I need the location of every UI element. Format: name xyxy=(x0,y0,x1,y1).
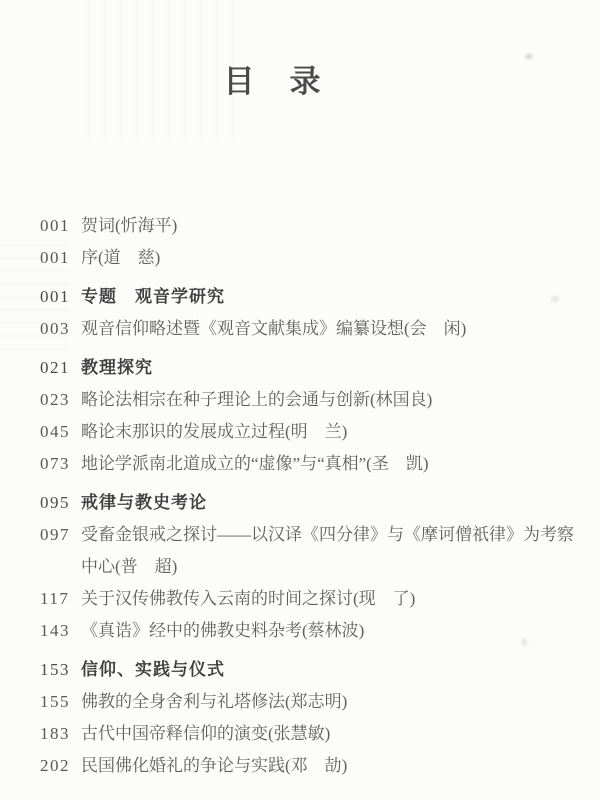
entry-title: 观音信仰略述暨《观音文献集成》编纂设想(会 闲) xyxy=(81,313,466,345)
toc-entry-row: 202民国佛化婚礼的争论与实践(邓 劼) xyxy=(40,750,596,782)
section-heading: 专题 观音学研究 xyxy=(81,281,225,313)
page-number: 023 xyxy=(40,384,81,416)
entry-title: 古代中国帝释信仰的演变(张慧敏) xyxy=(81,718,330,750)
entry-title: 地论学派南北道成立的“虚像”与“真相”(圣 凯) xyxy=(81,448,429,480)
toc-entry-row: 001贺词(忻海平) xyxy=(40,210,596,242)
page-number: 021 xyxy=(40,352,81,384)
page-number xyxy=(40,551,81,583)
page-number: 045 xyxy=(40,416,81,448)
entry-title: 关于汉传佛教传入云南的时间之探讨(现 了) xyxy=(81,583,415,615)
toc-section-row: 001专题 观音学研究 xyxy=(40,281,596,313)
entry-title: 受畜金银戒之探讨——以汉译《四分律》与《摩诃僧祇律》为考察 xyxy=(81,519,574,551)
entry-title: 中心(普 超) xyxy=(81,551,177,583)
page-number: 001 xyxy=(40,281,81,313)
entry-title: 序(道 慈) xyxy=(81,242,160,274)
toc-entry-row: 155佛教的全身舍利与礼塔修法(郑志明) xyxy=(40,686,596,718)
page-number: 001 xyxy=(40,210,81,242)
page-number: 183 xyxy=(40,718,81,750)
toc-section-row: 095戒律与教史考论 xyxy=(40,487,596,519)
toc-entry-row: 143《真诰》经中的佛教史料杂考(蔡林波) xyxy=(40,615,596,647)
entry-title: 佛教的全身舍利与礼塔修法(郑志明) xyxy=(81,686,347,718)
toc-section-row: 153信仰、实践与仪式 xyxy=(40,654,596,686)
toc-entry-row: 117关于汉传佛教传入云南的时间之探讨(现 了) xyxy=(40,583,596,615)
entry-title: 略论法相宗在种子理论上的会通与创新(林国良) xyxy=(81,384,432,416)
page-title: 目 录 xyxy=(0,56,573,101)
page-number: 202 xyxy=(40,750,81,782)
toc-continuation-row: 中心(普 超) xyxy=(40,551,596,583)
section-heading: 信仰、实践与仪式 xyxy=(81,654,225,686)
toc-section-row: 021教理探究 xyxy=(40,352,596,384)
toc-entry-row: 097受畜金银戒之探讨——以汉译《四分律》与《摩诃僧祇律》为考察 xyxy=(40,519,596,551)
toc-entry-row: 001序(道 慈) xyxy=(40,242,596,274)
entry-title: 民国佛化婚礼的争论与实践(邓 劼) xyxy=(81,750,347,782)
page-number: 153 xyxy=(40,654,81,686)
page-number: 073 xyxy=(40,448,81,480)
section-heading: 戒律与教史考论 xyxy=(81,487,207,519)
page-number: 097 xyxy=(40,519,81,551)
page-number: 155 xyxy=(40,686,81,718)
toc-entry-row: 073地论学派南北道成立的“虚像”与“真相”(圣 凯) xyxy=(40,448,596,480)
page-number: 001 xyxy=(40,242,81,274)
toc-entry-row: 183古代中国帝释信仰的演变(张慧敏) xyxy=(40,718,596,750)
toc-list: 001贺词(忻海平)001序(道 慈)001专题 观音学研究003观音信仰略述暨… xyxy=(40,210,596,782)
page-number: 003 xyxy=(40,313,81,345)
toc-entry-row: 045略论末那识的发展成立过程(明 兰) xyxy=(40,416,596,448)
page-number: 143 xyxy=(40,615,81,647)
page-number: 095 xyxy=(40,487,81,519)
toc-entry-row: 023略论法相宗在种子理论上的会通与创新(林国良) xyxy=(40,384,596,416)
page-number: 117 xyxy=(40,583,81,615)
toc-entry-row: 003观音信仰略述暨《观音文献集成》编纂设想(会 闲) xyxy=(40,313,596,345)
entry-title: 贺词(忻海平) xyxy=(81,210,177,242)
section-heading: 教理探究 xyxy=(81,352,153,384)
entry-title: 略论末那识的发展成立过程(明 兰) xyxy=(81,416,347,448)
entry-title: 《真诰》经中的佛教史料杂考(蔡林波) xyxy=(81,615,364,647)
